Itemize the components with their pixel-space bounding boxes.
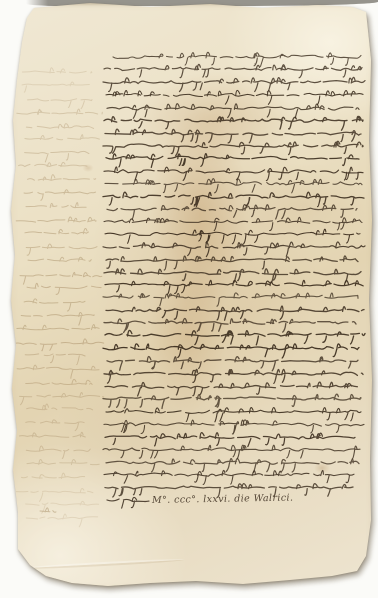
handwriting-stroke — [103, 293, 358, 306]
handwriting-stroke — [25, 354, 85, 365]
handwriting-stroke — [24, 299, 85, 311]
handwriting-stroke — [27, 283, 101, 294]
handwriting-stroke — [21, 312, 94, 325]
verso-showthrough-strokes — [16, 68, 104, 527]
handwriting-stroke — [103, 77, 365, 92]
handwriting-stroke — [106, 408, 361, 422]
handwriting-stroke — [103, 344, 359, 358]
handwriting-stroke — [28, 257, 91, 261]
handwriting-stroke — [105, 433, 355, 447]
handwriting-stroke — [26, 203, 86, 208]
handwriting-stroke — [25, 151, 89, 162]
handwriting-stroke — [26, 501, 99, 513]
handwriting-stroke — [105, 382, 357, 396]
paper-sheet: M°. ccc°. lxxvi. die Walrici. — [0, 0, 378, 598]
handwriting-stroke — [104, 116, 363, 130]
handwriting-stroke — [104, 420, 364, 434]
handwriting-stroke — [22, 82, 89, 92]
handwriting-stroke — [26, 420, 84, 431]
handwriting-stroke — [40, 508, 56, 512]
handwriting-stroke — [113, 52, 361, 66]
handwriting-stroke — [106, 459, 359, 473]
handwriting-stroke — [106, 90, 363, 104]
handwriting-stroke — [28, 175, 96, 181]
handwriting-stroke — [17, 109, 103, 114]
handwriting-stroke — [19, 162, 87, 166]
handwriting-layer: M°. ccc°. lxxvi. die Walrici. — [0, 0, 378, 598]
handwriting-stroke — [24, 190, 96, 201]
handwriting-stroke — [103, 394, 361, 408]
handwriting-stroke — [103, 242, 365, 257]
handwriting-stroke — [26, 514, 98, 527]
handwriting-stroke — [16, 488, 93, 501]
handwriting-stroke — [103, 445, 360, 459]
handwriting-stroke — [26, 379, 92, 384]
handwriting-stroke — [27, 460, 99, 465]
handwriting-stroke — [105, 129, 361, 143]
handwriting-stroke — [16, 339, 104, 351]
handwriting-stroke — [104, 167, 363, 181]
handwriting-stroke — [25, 135, 100, 140]
handwriting-stroke — [105, 229, 360, 244]
handwriting-stroke — [26, 446, 90, 458]
handwriting-stroke — [25, 228, 89, 233]
date-line-text: M°. ccc°. lxxvi. die Walrici. — [151, 493, 294, 506]
handwriting-stroke — [17, 325, 99, 330]
margin-mark — [40, 508, 56, 512]
handwriting-stroke — [26, 244, 97, 255]
handwriting-stroke — [16, 217, 96, 222]
main-text-strokes — [103, 52, 365, 508]
handwriting-stroke — [22, 68, 91, 73]
handwriting-stroke — [107, 205, 357, 220]
handwriting-stroke — [106, 256, 358, 270]
scan-background: M°. ccc°. lxxvi. die Walrici. — [0, 0, 378, 598]
handwriting-stroke — [106, 306, 364, 320]
handwriting-stroke — [106, 154, 359, 168]
handwriting-stroke — [105, 179, 362, 193]
handwriting-stroke — [104, 269, 361, 283]
handwriting-stroke — [103, 192, 364, 206]
handwriting-stroke — [104, 64, 362, 77]
handwriting-stroke — [104, 470, 354, 484]
handwriting-stroke — [107, 104, 359, 119]
handwriting-stroke — [104, 217, 362, 230]
handwriting-stroke — [107, 357, 358, 371]
handwriting-stroke — [17, 365, 99, 378]
handwriting-stroke — [26, 124, 93, 129]
manuscript-page: M°. ccc°. lxxvi. die Walrici. — [0, 0, 378, 598]
handwriting-stroke — [28, 99, 92, 109]
handwriting-stroke — [103, 141, 363, 155]
handwriting-stroke — [20, 393, 104, 405]
handwriting-stroke — [105, 330, 365, 345]
handwriting-stroke — [104, 369, 363, 383]
handwriting-stroke — [19, 432, 85, 437]
handwriting-stroke — [27, 404, 93, 410]
handwriting-stroke — [107, 497, 149, 508]
handwriting-stroke — [22, 473, 85, 478]
handwriting-stroke — [20, 272, 102, 284]
